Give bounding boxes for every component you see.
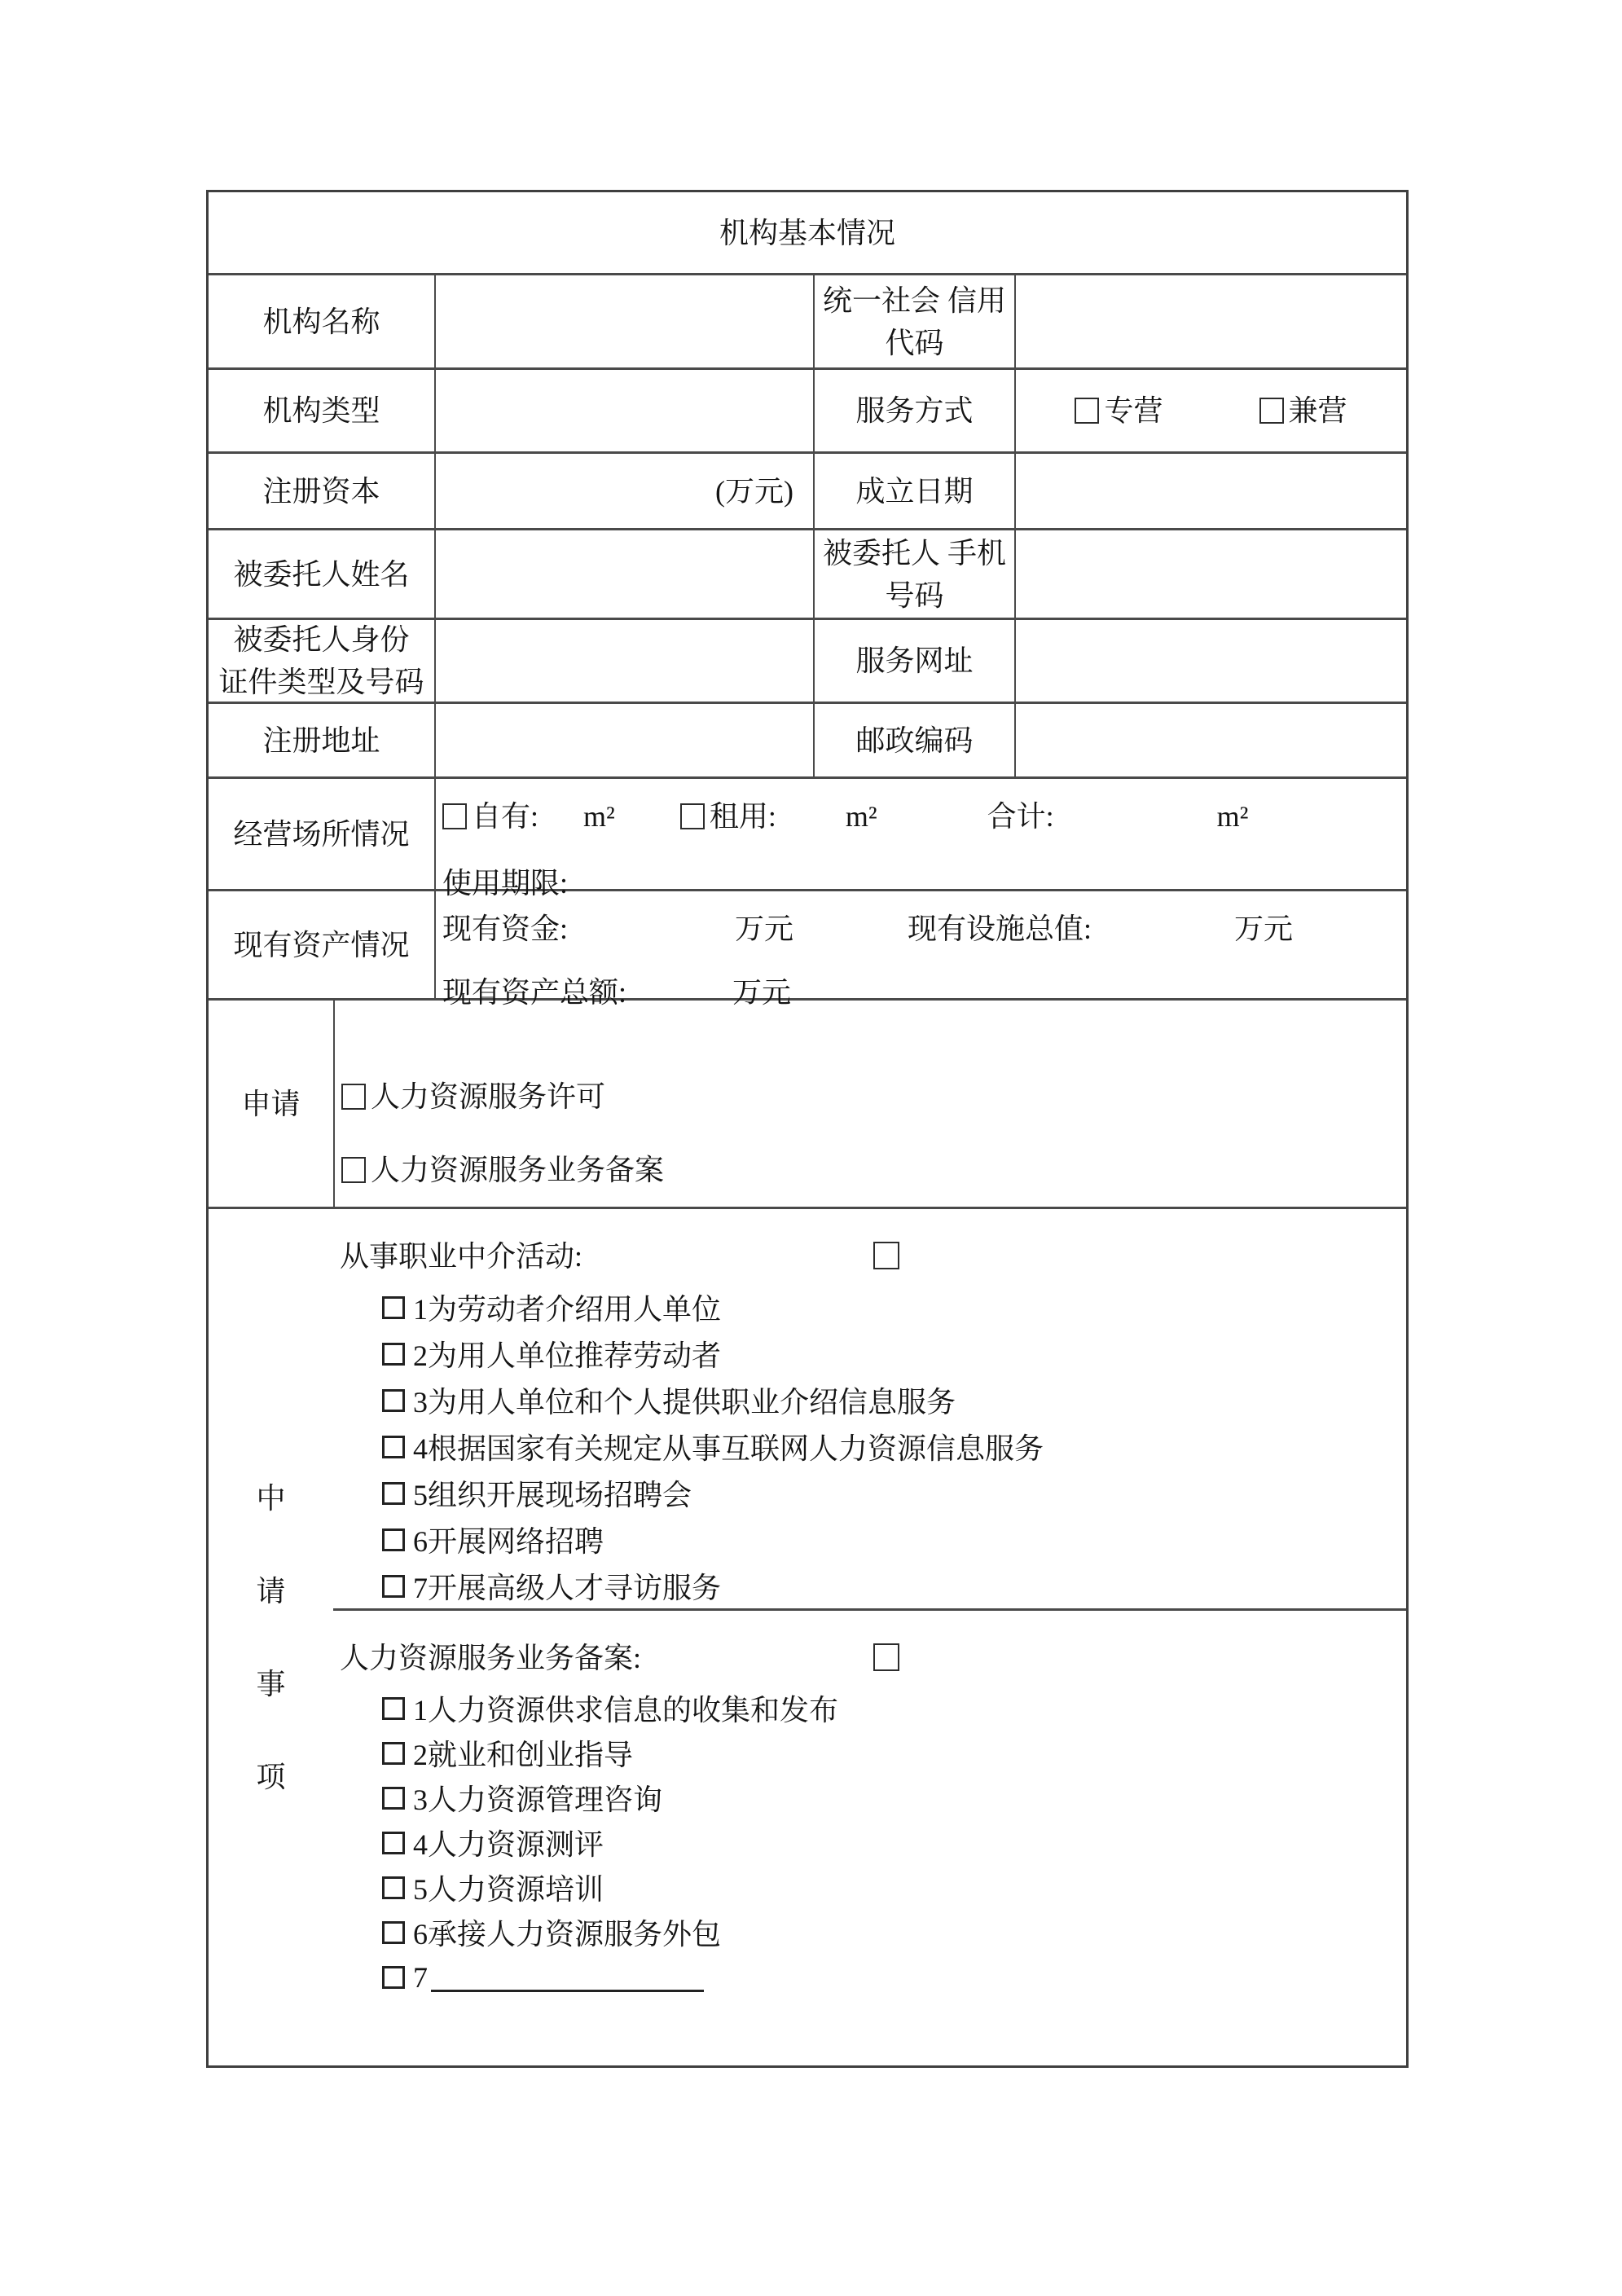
premises-detail-cell[interactable]: 自有: m² 租用: m² 合计: m² 使用期限: [434, 779, 1406, 889]
registered-capital-input-cell[interactable]: (万元) [434, 454, 813, 528]
checkbox-icon[interactable] [382, 1296, 405, 1319]
checkbox-icon[interactable] [382, 1436, 405, 1458]
checkbox-icon[interactable] [382, 1389, 405, 1412]
checkbox-icon[interactable] [442, 803, 467, 829]
service-mode-options-cell: 专营 兼营 [1014, 370, 1406, 451]
list-item: 2就业和创业指导 [382, 1731, 1406, 1775]
institution-type-input-cell[interactable] [434, 370, 813, 451]
checkbox-icon[interactable] [382, 1832, 405, 1854]
application-option-filing: 人力资源服务业务备案 [341, 1149, 664, 1191]
credit-code-input-cell[interactable] [1014, 275, 1406, 367]
row-application-matters: 中 请 事 项 从事职业中介活动: 1为劳动者介绍用人单位 2为用人单位推荐劳动… [209, 1207, 1406, 2065]
premises-label: 经营场所情况 [209, 779, 434, 889]
item-label: 1为劳动者介绍用人单位 [413, 1287, 721, 1328]
item-label: 4人力资源测评 [413, 1822, 604, 1863]
list-item: 5组织开展现场招聘会 [382, 1470, 1406, 1516]
section-job-intermediary: 从事职业中介活动: 1为劳动者介绍用人单位 2为用人单位推荐劳动者 3为用人单位… [333, 1209, 1406, 1608]
vertical-label-char: 事 [256, 1668, 285, 1700]
item-label: 4根据国家有关规定从事互联网人力资源信息服务 [413, 1426, 1044, 1467]
checkbox-icon[interactable] [341, 1157, 366, 1183]
institution-name-label: 机构名称 [209, 275, 434, 367]
premises-own-label: 自有: [472, 795, 538, 838]
checkbox-icon[interactable] [341, 1084, 366, 1110]
assets-detail-cell[interactable]: 现有资金: 万元 现有设施总值: 万元 现有资产总额: 万元 [434, 891, 1406, 998]
row-agent-id: 被委托人身份 证件类型及号码 服务网址 [209, 618, 1406, 702]
option-exclusive-label: 专营 [1104, 389, 1163, 432]
list-item: 1为劳动者介绍用人单位 [382, 1284, 1406, 1331]
page-title: 机构基本情况 [209, 192, 1406, 273]
application-matters-content: 从事职业中介活动: 1为劳动者介绍用人单位 2为用人单位推荐劳动者 3为用人单位… [333, 1209, 1406, 2065]
checkbox-icon[interactable] [873, 1242, 899, 1269]
list-item: 5人力资源培训 [382, 1865, 1406, 1910]
list-item: 1人力资源供求信息的收集和发布 [382, 1686, 1406, 1731]
institution-type-label: 机构类型 [209, 370, 434, 451]
checkbox-icon[interactable] [382, 1575, 405, 1598]
agent-phone-label: 被委托人 手机号码 [813, 530, 1014, 618]
row-premises: 经营场所情况 自有: m² 租用: m² 合计: m² 使用期限: [209, 776, 1406, 889]
registered-address-input-cell[interactable] [434, 704, 813, 776]
checkbox-icon[interactable] [382, 1787, 405, 1810]
checkbox-icon[interactable] [680, 803, 705, 829]
money-unit: 万元 [735, 908, 793, 950]
list-item: 6开展网络招聘 [382, 1516, 1406, 1563]
item-label: 3人力资源管理咨询 [413, 1777, 662, 1819]
founded-date-label: 成立日期 [813, 454, 1014, 528]
item-label: 2为用人单位推荐劳动者 [413, 1333, 721, 1375]
application-option-license-label: 人力资源服务许可 [371, 1075, 605, 1118]
item-label: 6开展网络招聘 [413, 1519, 604, 1560]
item-label: 7开展高级人才寻访服务 [413, 1565, 721, 1607]
application-options-cell: 人力资源服务许可 人力资源服务业务备案 [333, 1001, 1406, 1207]
blank-underline[interactable] [431, 1962, 704, 1992]
list-item: 3为用人单位和个人提供职业介绍信息服务 [382, 1377, 1406, 1423]
row-institution-type: 机构类型 服务方式 专营 兼营 [209, 367, 1406, 451]
item-label: 2就业和创业指导 [413, 1732, 633, 1774]
agent-name-input-cell[interactable] [434, 530, 813, 618]
checkbox-icon[interactable] [1075, 398, 1099, 424]
row-institution-name: 机构名称 统一社会 信用代码 [209, 273, 1406, 367]
checkbox-icon[interactable] [873, 1643, 899, 1671]
assets-label: 现有资产情况 [209, 891, 434, 998]
section-hr-service-filing: 人力资源服务业务备案: 1人力资源供求信息的收集和发布 2就业和创业指导 3人力… [333, 1608, 1406, 2065]
service-website-input-cell[interactable] [1014, 620, 1406, 702]
item-label: 1人力资源供求信息的收集和发布 [413, 1687, 838, 1729]
premises-rent-label: 租用: [710, 795, 776, 838]
list-item: 6承接人力资源服务外包 [382, 1910, 1406, 1955]
agent-id-label: 被委托人身份 证件类型及号码 [209, 620, 434, 702]
credit-code-label: 统一社会 信用代码 [813, 275, 1014, 367]
area-unit: m² [583, 795, 615, 838]
list-item: 4根据国家有关规定从事互联网人力资源信息服务 [382, 1423, 1406, 1470]
agent-phone-input-cell[interactable] [1014, 530, 1406, 618]
option-exclusive: 专营 [1075, 389, 1163, 432]
vertical-label-char: 中 [256, 1482, 285, 1515]
row-application: 申请 人力资源服务许可 人力资源服务业务备案 [209, 998, 1406, 1207]
list-item: 7 [382, 1955, 1406, 1999]
item-label: 6承接人力资源服务外包 [413, 1911, 721, 1953]
registered-capital-label: 注册资本 [209, 454, 434, 528]
list-item: 7开展高级人才寻访服务 [382, 1563, 1406, 1609]
checkbox-icon[interactable] [382, 1482, 405, 1505]
item-label: 3为用人单位和个人提供职业介绍信息服务 [413, 1379, 956, 1421]
list-item: 2为用人单位推荐劳动者 [382, 1331, 1406, 1377]
application-option-license: 人力资源服务许可 [341, 1075, 605, 1118]
service-mode-label: 服务方式 [813, 370, 1014, 451]
row-assets: 现有资产情况 现有资金: 万元 现有设施总值: 万元 现有资产总额: 万元 [209, 889, 1406, 998]
checkbox-icon[interactable] [382, 1742, 405, 1765]
money-unit: 万元 [1234, 908, 1293, 950]
vertical-label-char: 项 [256, 1761, 285, 1793]
row-registered-capital: 注册资本 (万元) 成立日期 [209, 451, 1406, 528]
checkbox-icon[interactable] [382, 1343, 405, 1366]
item-label: 7 [413, 1960, 428, 1995]
application-label: 申请 [209, 1001, 333, 1207]
area-unit: m² [846, 795, 877, 838]
registered-address-label: 注册地址 [209, 704, 434, 776]
section-hr-service-filing-header: 人力资源服务业务备案: [340, 1642, 641, 1674]
institution-basic-info-table: 机构基本情况 机构名称 统一社会 信用代码 机构类型 服务方式 专营 兼营 [206, 190, 1409, 2068]
list-item: 3人力资源管理咨询 [382, 1775, 1406, 1820]
application-option-filing-label: 人力资源服务业务备案 [371, 1149, 664, 1191]
checkbox-icon[interactable] [382, 1876, 405, 1899]
list-item: 4人力资源测评 [382, 1820, 1406, 1865]
checkbox-icon[interactable] [1259, 398, 1284, 424]
job-intermediary-items: 1为劳动者介绍用人单位 2为用人单位推荐劳动者 3为用人单位和个人提供职业介绍信… [340, 1284, 1406, 1609]
postcode-input-cell[interactable] [1014, 704, 1406, 776]
hr-service-filing-items: 1人力资源供求信息的收集和发布 2就业和创业指导 3人力资源管理咨询 4人力资源… [340, 1686, 1406, 1999]
postcode-label: 邮政编码 [813, 704, 1014, 776]
row-agent-name: 被委托人姓名 被委托人 手机号码 [209, 528, 1406, 618]
area-unit: m² [1217, 795, 1249, 838]
premises-total-label: 合计: [987, 795, 1054, 838]
checkbox-icon[interactable] [382, 1697, 405, 1720]
option-concurrent: 兼营 [1259, 389, 1347, 432]
assets-funds-label: 现有资金: [442, 908, 568, 950]
section-job-intermediary-header: 从事职业中介活动: [340, 1240, 582, 1273]
option-concurrent-label: 兼营 [1289, 389, 1347, 432]
capital-unit-hint: (万元) [715, 470, 793, 512]
checkbox-icon[interactable] [382, 1921, 405, 1944]
checkbox-icon[interactable] [382, 1528, 405, 1551]
application-matters-label: 中 请 事 项 [209, 1209, 333, 2065]
assets-facilities-label: 现有设施总值: [908, 908, 1092, 950]
item-label: 5人力资源培训 [413, 1867, 604, 1908]
checkbox-icon[interactable] [382, 1966, 405, 1989]
row-registered-address: 注册地址 邮政编码 [209, 702, 1406, 776]
item-label: 5组织开展现场招聘会 [413, 1472, 692, 1514]
table-title-row: 机构基本情况 [209, 192, 1406, 273]
vertical-label-char: 请 [256, 1575, 285, 1608]
agent-name-label: 被委托人姓名 [209, 530, 434, 618]
service-website-label: 服务网址 [813, 620, 1014, 702]
agent-id-input-cell[interactable] [434, 620, 813, 702]
founded-date-input-cell[interactable] [1014, 454, 1406, 528]
institution-name-input-cell[interactable] [434, 275, 813, 367]
